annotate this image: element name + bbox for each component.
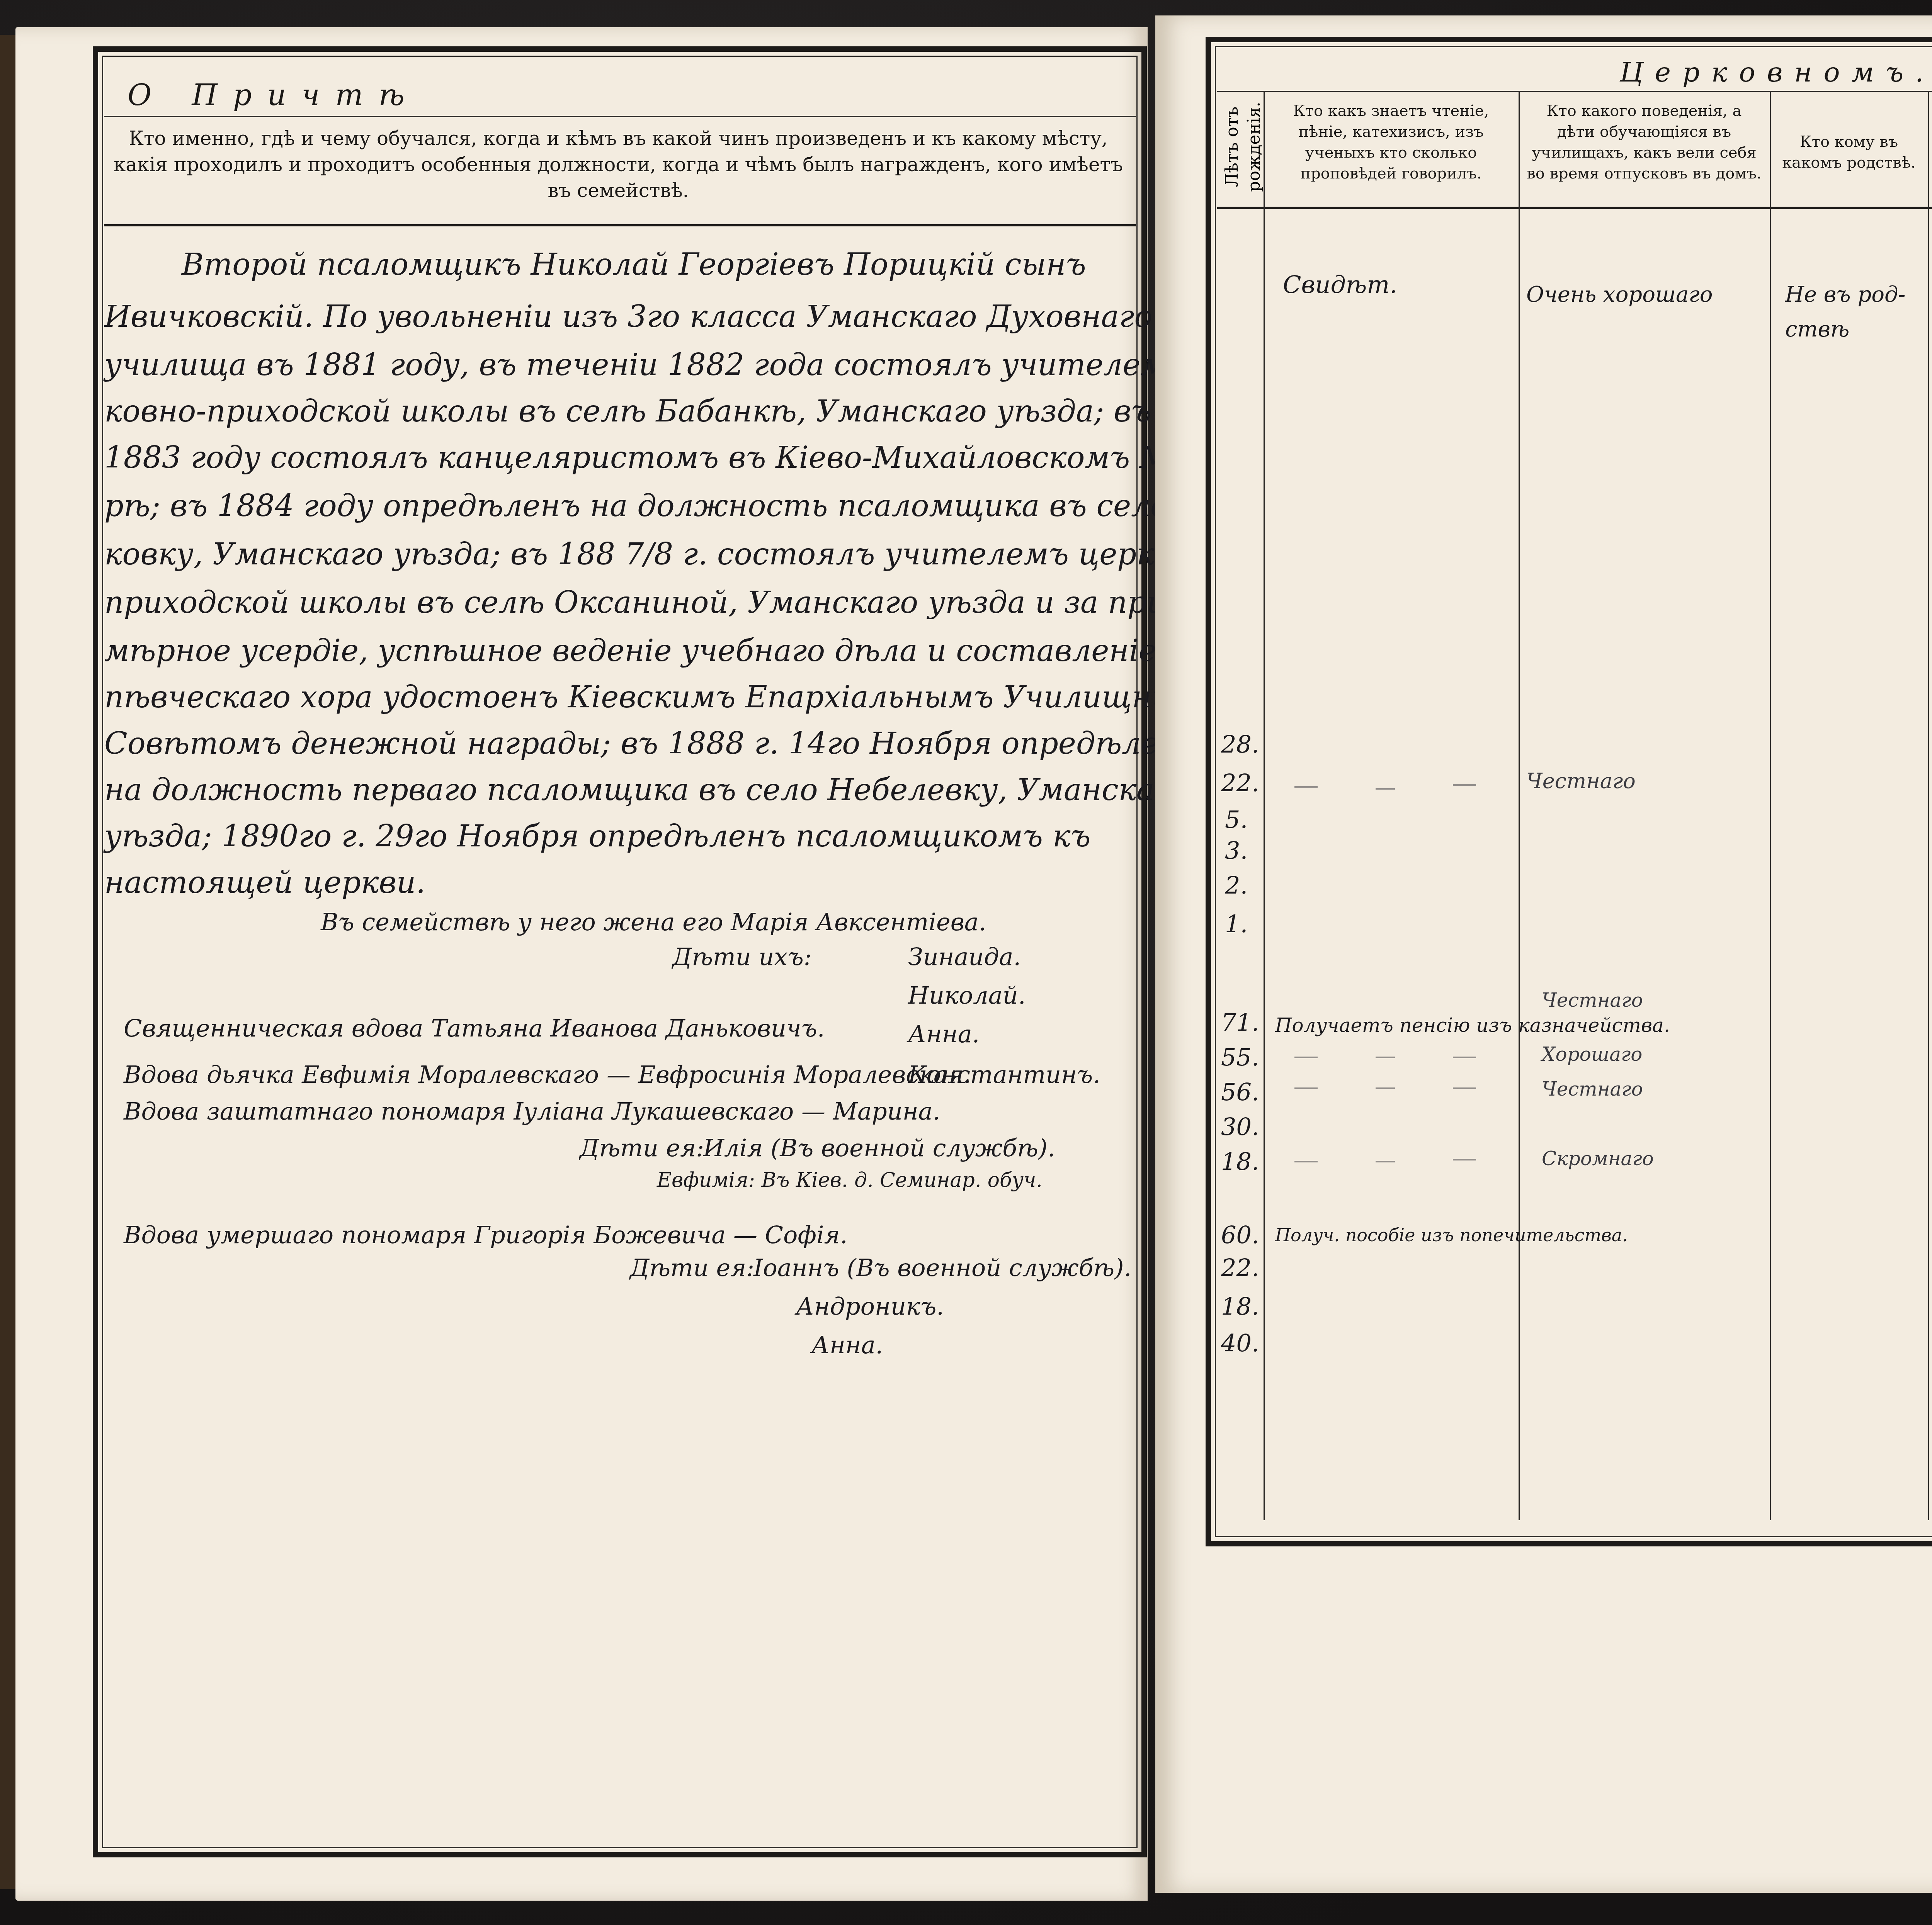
widow-children-label: Дѣти ея:	[630, 1254, 754, 1282]
column-divider	[1928, 91, 1929, 1520]
age-cell: 40.	[1221, 1329, 1259, 1357]
column-divider	[1519, 91, 1520, 1520]
column-header-relation: Кто кому въ какомъ родствѣ.	[1777, 131, 1920, 173]
reading-cell: Получ. пособіе изъ попечительства.	[1275, 1225, 1628, 1245]
child-name: Зинаида.	[908, 943, 1021, 971]
conduct-cell: Честнаго	[1542, 989, 1643, 1011]
column-divider	[1264, 91, 1265, 1520]
widow-children-label: Дѣти ея:	[580, 1134, 704, 1162]
header-line: рожденія.	[1243, 93, 1265, 201]
children-label: Дѣти ихъ:	[672, 943, 812, 971]
ditto-dash	[1453, 1057, 1476, 1058]
ditto-dash	[1376, 1161, 1395, 1162]
page-edges	[0, 35, 15, 1889]
header-line: Лѣтъ отъ	[1221, 93, 1243, 201]
right-page-title: Церковномъ.	[1546, 54, 1932, 91]
bio-line: Второй псаломщикъ Николай Георгіевъ Пори…	[182, 247, 1086, 282]
header-divider	[1217, 207, 1932, 209]
family-intro: Въ семействѣ у него жена его Марія Авксе…	[321, 908, 986, 936]
conduct-cell: Очень хорошаго	[1526, 282, 1713, 307]
ditto-dash	[1453, 1159, 1476, 1160]
conduct-cell: Хорошаго	[1542, 1043, 1642, 1065]
widow-entry: Вдова заштатнаго пономаря Іуліана Лукаше…	[124, 1097, 940, 1125]
header-line: въ семействѣ.	[112, 178, 1124, 204]
conduct-cell: Честнаго	[1526, 769, 1636, 793]
age-cell: 71.	[1221, 1008, 1259, 1036]
age-cell: 18.	[1221, 1292, 1259, 1320]
child-name: Николай.	[908, 981, 1026, 1009]
header-line: Кто именно, гдѣ и чему обучался, когда и…	[112, 126, 1124, 152]
age-cell: 22.	[1221, 769, 1259, 797]
child-name: Анна.	[908, 1020, 980, 1048]
age-cell: 60.	[1221, 1221, 1259, 1249]
widow-child: Евфимія: Въ Кіев. д. Семинар. обуч.	[657, 1169, 1043, 1192]
widow-child: Илія (Въ военной службѣ).	[703, 1134, 1055, 1162]
header-divider	[104, 224, 1136, 226]
age-cell: 2.	[1225, 871, 1248, 899]
age-cell: 28.	[1221, 730, 1259, 758]
ditto-dash	[1453, 784, 1476, 786]
widow-entry: Вдова умершаго пономаря Григорія Божевич…	[124, 1221, 848, 1249]
left-column-header: Кто именно, гдѣ и чему обучался, когда и…	[112, 126, 1124, 204]
widow-child: Іоаннъ (Въ военной службѣ).	[753, 1254, 1131, 1282]
reading-cell: Получаетъ пенсію изъ казначейства.	[1275, 1014, 1670, 1036]
bio-line: рѣ; въ 1884 году опредѣленъ на должность…	[104, 489, 1249, 523]
bio-line: настоящей церкви.	[104, 865, 425, 900]
bio-line: 1883 году состоялъ канцеляристомъ въ Кіе…	[104, 440, 1306, 475]
age-cell: 5.	[1225, 805, 1248, 834]
bio-line: Ивичковскій. По увольненіи изъ 3го класс…	[104, 299, 1152, 334]
widow-entry: Вдова дьячка Евфимія Моралевскаго — Евфр…	[124, 1060, 971, 1089]
ditto-dash	[1376, 788, 1395, 790]
conduct-cell: Честнаго	[1542, 1078, 1643, 1100]
ditto-dash	[1294, 786, 1318, 788]
column-header-conduct: Кто какого поведенія, а дѣти обучающіяся…	[1526, 100, 1762, 184]
bio-line: мѣрное усердіе, успѣшное веденіе учебнаг…	[104, 634, 1156, 668]
widow-child: Андроникъ.	[796, 1292, 944, 1320]
reading-cell: Свидѣт.	[1283, 270, 1397, 299]
ditto-dash	[1376, 1057, 1395, 1058]
left-page-title: О Причтѣ	[128, 75, 437, 115]
relation-cell: Не въ род-	[1785, 282, 1905, 307]
bio-line: училища въ 1881 году, въ теченіи 1882 го…	[104, 348, 1264, 382]
header-line: какія проходилъ и проходитъ особенныя до…	[112, 152, 1124, 178]
title-divider	[1217, 91, 1932, 92]
column-divider	[1770, 91, 1771, 1520]
ditto-dash	[1294, 1161, 1318, 1162]
age-cell: 1.	[1225, 910, 1248, 938]
title-divider	[104, 116, 1136, 117]
conduct-cell: Скромнаго	[1542, 1147, 1654, 1170]
bio-line: пѣвческаго хора удостоенъ Кіевскимъ Епар…	[104, 680, 1221, 715]
ditto-dash	[1294, 1057, 1318, 1058]
bio-line: на должность перваго псаломщика въ село …	[104, 773, 1188, 807]
ditto-dash	[1376, 1087, 1395, 1089]
ditto-dash	[1453, 1087, 1476, 1089]
relation-cell: ствѣ	[1785, 317, 1849, 342]
age-cell: 56.	[1221, 1078, 1259, 1106]
widow-entry: Священническая вдова Татьяна Иванова Дан…	[124, 1014, 825, 1042]
age-cell: 18.	[1221, 1147, 1259, 1176]
bio-line: приходской школы въ селѣ Оксаниной, Уман…	[104, 585, 1176, 620]
ditto-dash	[1294, 1087, 1318, 1089]
widow-child: Анна.	[811, 1331, 883, 1359]
age-cell: 30.	[1221, 1113, 1259, 1141]
age-cell: 22.	[1221, 1254, 1259, 1282]
age-cell: 55.	[1221, 1043, 1259, 1071]
column-header-age: Лѣтъ отъ рожденія.	[1221, 93, 1265, 201]
bio-line: ковно-приходской школы въ селѣ Бабанкѣ, …	[104, 394, 1151, 429]
age-cell: 3.	[1225, 836, 1248, 865]
bio-line: уѣзда; 1890го г. 29го Ноября опредѣленъ …	[104, 819, 1090, 854]
column-header-reading: Кто какъ знаетъ чтеніе, пѣніе, катехизис…	[1271, 100, 1511, 184]
bio-line: ковку, Уманскаго уѣзда; въ 188 7/8 г. со…	[104, 537, 1238, 572]
bio-line: Совѣтомъ денежной награды; въ 1888 г. 14…	[104, 726, 1199, 761]
